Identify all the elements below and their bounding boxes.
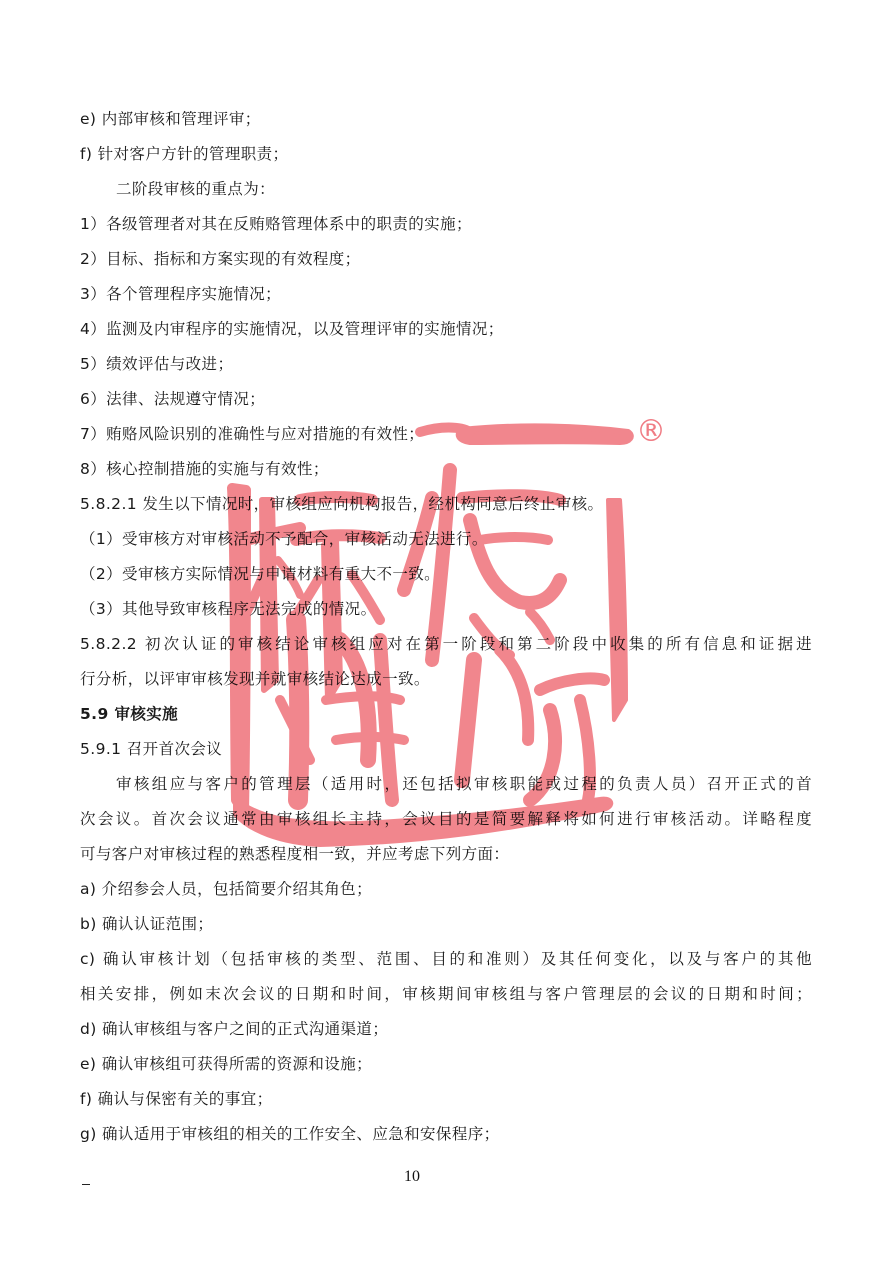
document-line: （2）受审核方实际情况与申请材料有重大不一致。: [80, 563, 440, 585]
document-line: e) 确认审核组可获得所需的资源和设施；: [80, 1053, 372, 1075]
document-line: 3）各个管理程序实施情况；: [80, 283, 281, 305]
page-number: 10: [404, 1168, 420, 1186]
document-line: 8）核心控制措施的实施与有效性；: [80, 458, 329, 480]
document-line: 5.8.2.1 发生以下情况时，审核组应向机构报告，经机构同意后终止审核。: [80, 493, 603, 515]
document-line: f) 针对客户方针的管理职责；: [80, 143, 288, 165]
document-line: 二阶段审核的重点为：: [116, 178, 275, 200]
document-line: c) 确认审核计划（包括审核的类型、范围、目的和准则）及其任何变化，以及与客户的…: [80, 948, 812, 970]
document-line: 5）绩效评估与改进；: [80, 353, 233, 375]
document-line: 5.9 审核实施: [80, 703, 178, 725]
document-line: 次会议。首次会议通常由审核组长主持，会议目的是简要解释将如何进行审核活动。详略程…: [80, 808, 812, 830]
document-line: b) 确认认证范围；: [80, 913, 213, 935]
document-line: 行分析，以评审审核发现并就审核结论达成一致。: [80, 668, 430, 690]
document-line: f) 确认与保密有关的事宜；: [80, 1088, 273, 1110]
document-line: g) 确认适用于审核组的相关的工作安全、应急和安保程序；: [80, 1123, 500, 1145]
document-line: 相关安排，例如末次会议的日期和时间，审核期间审核组与客户管理层的会议的日期和时间…: [80, 983, 812, 1005]
document-line: 5.8.2.2 初次认证的审核结论审核组应对在第一阶段和第二阶段中收集的所有信息…: [80, 633, 812, 655]
document-line: d) 确认审核组与客户之间的正式沟通渠道；: [80, 1018, 388, 1040]
document-line: 可与客户对审核过程的熟悉程度相一致，并应考虑下列方面：: [80, 843, 509, 865]
document-line: （3）其他导致审核程序无法完成的情况。: [80, 598, 376, 620]
document-line: 1）各级管理者对其在反贿赂管理体系中的职责的实施；: [80, 213, 472, 235]
document-line: 4）监测及内审程序的实施情况，以及管理评审的实施情况；: [80, 318, 504, 340]
document-line: 7）贿赂风险识别的准确性与应对措施的有效性；: [80, 423, 424, 445]
document-line: 审核组应与客户的管理层（适用时，还包括拟审核职能或过程的负责人员）召开正式的首: [116, 773, 812, 795]
document-line: 2）目标、指标和方案实现的有效程度；: [80, 248, 361, 270]
document-line: 6）法律、法规遵守情况；: [80, 388, 265, 410]
document-line: （1）受审核方对审核活动不予配合，审核活动无法进行。: [80, 528, 488, 550]
document-line: a) 介绍参会人员，包括简要介绍其角色；: [80, 878, 372, 900]
document-line: e) 内部审核和管理评审；: [80, 108, 261, 130]
registered-trademark-mark: ®: [636, 414, 666, 449]
document-page: e) 内部审核和管理评审；f) 针对客户方针的管理职责；二阶段审核的重点为：1）…: [0, 0, 892, 1262]
footer-mark: [82, 1184, 90, 1185]
document-line: 5.9.1 召开首次会议: [80, 738, 222, 760]
